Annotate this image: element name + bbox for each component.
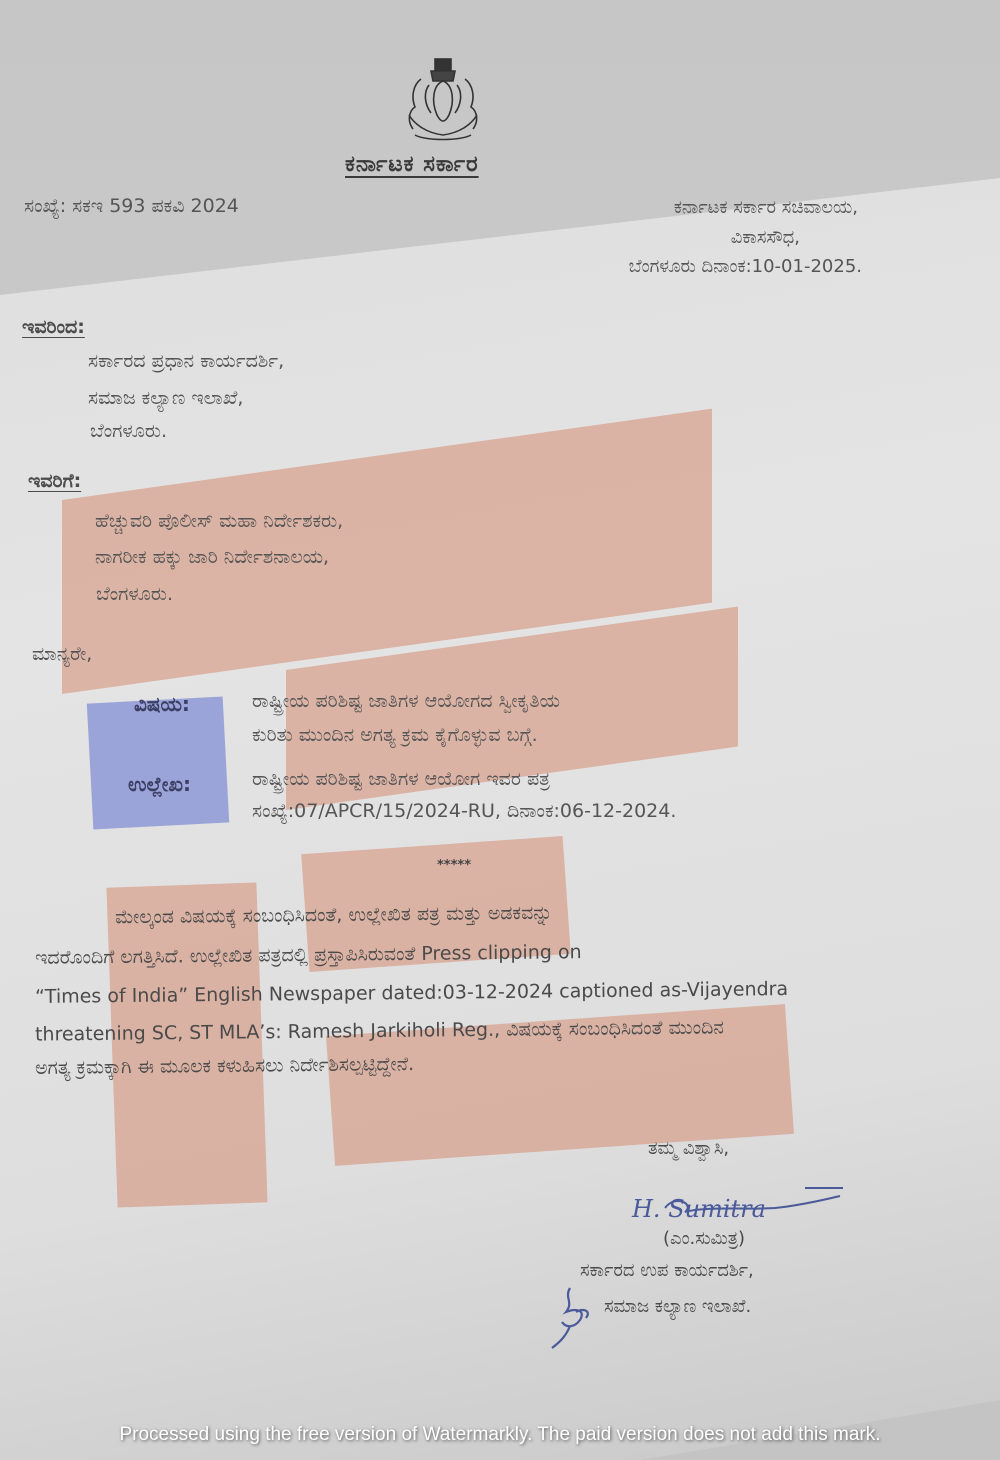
salutation: ಮಾನ್ಯರೇ, [32,643,92,665]
body-line: ಇದರೊಂದಿಗೆ ಲಗತ್ತಿಸಿದೆ. ಉಲ್ಲೇಖಿತ ಪತ್ರದಲ್ಲಿ… [35,941,582,969]
subject-line: ಕುರಿತು ಮುಂದಿನ ಅಗತ್ಯ ಕ್ರಮ ಕೈಗೊಳ್ಳುವ ಬಗ್ಗೆ… [252,724,538,746]
subject-label: ವಿಷಯ: [134,692,190,716]
watermark-notice: Processed using the free version of Wate… [0,1424,1000,1446]
signatory-name: (ಎಂ.ಸುಮಿತ್ರ) [663,1228,745,1249]
body-line: ಅಗತ್ಯ ಕ್ರಮಕ್ಕಾಗಿ ಈ ಮೂಲಕ ಕಳುಹಿಸಲು ನಿರ್ದೇಶ… [35,1053,414,1079]
subject-line: ರಾಷ್ಟ್ರೀಯ ಪರಿಶಿಷ್ಟ ಜಾತಿಗಳ ಆಯೋಗದ ಸ್ವೀಕೃತಿ… [252,690,560,712]
reference-label: ಉಲ್ಲೇಖ: [128,772,191,796]
government-letter: ಕರ್ನಾಟಕ ಸರ್ಕಾರ ಸಂಖ್ಯೆ: ಸಕಇ 593 ಪಕವಿ 2024… [0,0,1000,1460]
signatory-designation: ಸರ್ಕಾರದ ಉಪ ಕಾರ್ಯದರ್ಶಿ, [580,1260,754,1281]
body-line: ಮೇಲ್ಕಂಡ ವಿಷಯಕ್ಕೆ ಸಂಬಂಧಿಸಿದಂತೆ, ಉಲ್ಲೇಖಿತ … [115,902,553,929]
reference-line: ರಾಷ್ಟ್ರೀಯ ಪರಿಶಿಷ್ಟ ಜಾತಿಗಳ ಆಯೋಗ ಇವರ ಪತ್ರ [252,768,550,790]
to-line: ನಾಗರೀಕ ಹಕ್ಕು ಜಾರಿ ನಿರ್ದೇಶನಾಲಯ, [95,546,329,568]
government-title: ಕರ್ನಾಟಕ ಸರ್ಕಾರ [345,152,479,177]
signatory-department: ಸಮಾಜ ಕಲ್ಯಾಣ ಇಲಾಖೆ. [604,1296,751,1317]
from-label: ಇವರಿಂದ: [22,316,85,338]
to-line: ಬೆಂಗಳೂರು. [96,583,173,605]
from-line: ಸರ್ಕಾರದ ಪ್ರಧಾನ ಕಾರ್ಯದರ್ಶಿ, [88,350,284,372]
section-separator: ***** [437,858,471,873]
initials-mark-icon [548,1282,608,1358]
address-date-line: ಬೆಂಗಳೂರು ದಿನಾಂಕ:10-01-2025. [629,256,862,277]
from-line: ಬೆಂಗಳೂರು. [90,420,167,442]
to-label: ಇವರಿಗೆ: [28,470,81,492]
reference-line: ಸಂಖ್ಯೆ:07/APCR/15/2024-RU, ದಿನಾಂಕ:06-12-… [252,800,676,822]
from-line: ಸಮಾಜ ಕಲ್ಯಾಣ ಇಲಾಖೆ, [88,387,243,409]
valediction: ತಮ್ಮ ವಿಶ್ವಾಸಿ, [648,1138,729,1159]
address-line-1: ಕರ್ನಾಟಕ ಸರ್ಕಾರ ಸಚಿವಾಲಯ, [674,197,858,218]
reference-number: ಸಂಖ್ಯೆ: ಸಕಇ 593 ಪಕವಿ 2024 [24,195,239,217]
signature-stroke-icon [655,1180,845,1220]
address-line-2: ವಿಕಾಸಸೌಧ, [731,227,800,248]
highlight-left-column [106,882,267,1207]
state-emblem-icon [395,55,491,145]
highlight-labels [87,697,229,830]
to-line: ಹೆಚ್ಚುವರಿ ಪೊಲೀಸ್ ಮಹಾ ನಿರ್ದೇಶಕರು, [95,510,343,532]
